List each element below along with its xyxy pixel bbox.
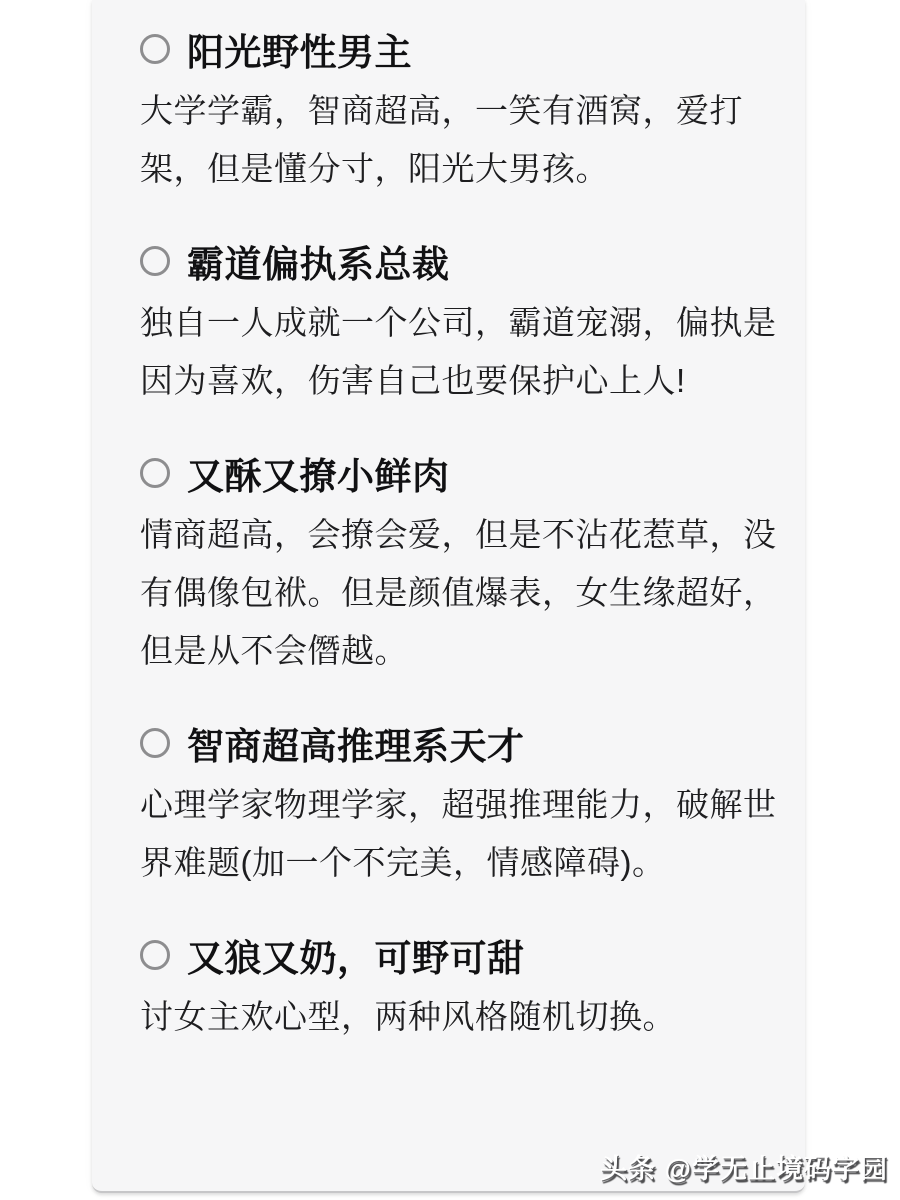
- section-body: 情商超高，会撩会爱，但是不沾花惹草，没 有偶像包袱。但是颜值爆表，女生缘超好， …: [140, 506, 767, 680]
- section-header: 又酥又撩小鲜肉: [140, 450, 767, 496]
- section-title: 霸道偏执系总裁: [187, 234, 450, 288]
- list-item: 又酥又撩小鲜肉 情商超高，会撩会爱，但是不沾花惹草，没 有偶像包袱。但是颜值爆表…: [140, 450, 767, 680]
- body-line: 架，但是懂分寸，阳光大男孩。: [140, 140, 767, 198]
- section-body: 大学学霸，智商超高，一笑有酒窝，爱打 架，但是懂分寸，阳光大男孩。: [140, 82, 767, 198]
- section-header: 阳光野性男主: [140, 26, 767, 72]
- section-header: 智商超高推理系天才: [140, 720, 767, 766]
- watermark-text: 头条 @学无止境码字园: [600, 1147, 888, 1186]
- circle-bullet-icon: [140, 940, 170, 970]
- body-line: 有偶像包袱。但是颜值爆表，女生缘超好，: [140, 564, 767, 622]
- circle-bullet-icon: [140, 458, 170, 488]
- body-line: 大学学霸，智商超高，一笑有酒窝，爱打: [140, 82, 767, 140]
- list-item: 又狼又奶，可野可甜 讨女主欢心型，两种风格随机切换。: [140, 932, 767, 1046]
- section-body: 心理学家物理学家，超强推理能力，破解世 界难题(加一个不完美，情感障碍)。: [140, 776, 767, 892]
- page-background: 阳光野性男主 大学学霸，智商超高，一笑有酒窝，爱打 架，但是懂分寸，阳光大男孩。…: [0, 0, 900, 1200]
- list-item: 霸道偏执系总裁 独自一人成就一个公司，霸道宠溺，偏执是 因为喜欢，伤害自己也要保…: [140, 238, 767, 410]
- body-line: 讨女主欢心型，两种风格随机切换。: [140, 988, 767, 1046]
- body-line: 独自一人成就一个公司，霸道宠溺，偏执是: [140, 294, 767, 352]
- body-line: 心理学家物理学家，超强推理能力，破解世: [140, 776, 767, 834]
- list-item: 智商超高推理系天才 心理学家物理学家，超强推理能力，破解世 界难题(加一个不完美…: [140, 720, 767, 892]
- list-item: 阳光野性男主 大学学霸，智商超高，一笑有酒窝，爱打 架，但是懂分寸，阳光大男孩。: [140, 26, 767, 198]
- section-body: 讨女主欢心型，两种风格随机切换。: [140, 988, 767, 1046]
- circle-bullet-icon: [140, 34, 170, 64]
- section-title: 智商超高推理系天才: [187, 716, 525, 770]
- section-title: 阳光野性男主: [187, 22, 412, 76]
- body-line: 因为喜欢，伤害自己也要保护心上人!: [140, 352, 767, 410]
- character-list-card: 阳光野性男主 大学学霸，智商超高，一笑有酒窝，爱打 架，但是懂分寸，阳光大男孩。…: [92, 0, 805, 1193]
- section-title: 又酥又撩小鲜肉: [187, 446, 450, 500]
- body-line: 情商超高，会撩会爱，但是不沾花惹草，没: [140, 506, 767, 564]
- section-header: 又狼又奶，可野可甜: [140, 932, 767, 978]
- body-line: 但是从不会僭越。: [140, 622, 767, 680]
- section-title: 又狼又奶，可野可甜: [187, 928, 525, 982]
- circle-bullet-icon: [140, 246, 170, 276]
- section-header: 霸道偏执系总裁: [140, 238, 767, 284]
- circle-bullet-icon: [140, 728, 170, 758]
- section-body: 独自一人成就一个公司，霸道宠溺，偏执是 因为喜欢，伤害自己也要保护心上人!: [140, 294, 767, 410]
- body-line: 界难题(加一个不完美，情感障碍)。: [140, 834, 767, 892]
